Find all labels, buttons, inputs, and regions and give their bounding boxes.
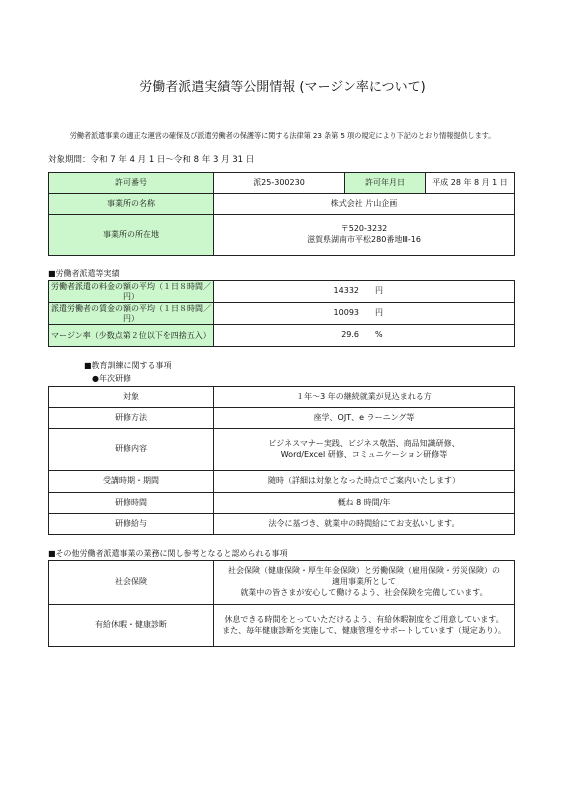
training-table: 対象 １年～3 年の継続就業が見込まれる方 研修方法 座学、OJT、e ラーニン…: [48, 386, 515, 535]
training-content-line2: Word/Excel 研修、コミュニケーション研修等: [217, 450, 511, 461]
training-target-label: 対象: [49, 387, 214, 408]
target-period: 対象期間：令和 7 年 4 月 1 日～令和 8 年 3 月 31 日: [48, 153, 254, 165]
training-pay: 法令に基づき、就業中の時間給にてお支払いします。: [214, 514, 515, 535]
office-address-label: 事業所の所在地: [49, 215, 214, 256]
avg-fee-unit: 円: [375, 286, 425, 297]
office-name: 株式会社 片山企画: [214, 194, 515, 215]
avg-fee-label: 労働者派遣の料金の額の平均（１日８時間／円）: [49, 281, 214, 303]
performance-heading: ■労働者派遣等実績: [48, 268, 120, 279]
social-insurance-line3: 就業中の皆さまが安心して働けるよう、社会保険を完備しています。: [217, 588, 511, 599]
office-name-label: 事業所の名称: [49, 194, 214, 215]
leave-health-line2: また、毎年健康診断を実施して、健康管理をサポートしています（規定あり）。: [217, 626, 511, 637]
training-hours: 概ね 8 時間/年: [214, 493, 515, 514]
training-pay-label: 研修給与: [49, 514, 214, 535]
license-date-label: 許可年月日: [345, 173, 426, 194]
margin-rate-label: マージン率（少数点第２位以下を四捨五入）: [49, 325, 214, 347]
avg-fee-value: 14332: [303, 286, 359, 297]
training-period-label: 受講時期・期間: [49, 471, 214, 493]
other-heading: ■その他労働者派遣事業の業務に関し参考となると認められる事項: [48, 548, 288, 559]
training-method: 座学、OJT、e ラーニング等: [214, 408, 515, 429]
social-insurance-line1: 社会保険（健康保険・厚生年金保険）と労働保険（雇用保険・労災保険）の: [217, 566, 511, 577]
training-method-label: 研修方法: [49, 408, 214, 429]
company-info-table: 許可番号 派25-300230 許可年月日 平成 28 年 8 月 1 日 事業…: [48, 172, 515, 256]
leave-health-label: 有給休暇・健康診断: [49, 605, 214, 647]
social-insurance-cell: 社会保険（健康保険・厚生年金保険）と労働保険（雇用保険・労災保険）の 適用事業所…: [214, 561, 515, 605]
license-number: 派25-300230: [214, 173, 345, 194]
leave-health-cell: 休息できる時間をとっていただけるよう、有給休暇制度をご用意しています。 また、毎…: [214, 605, 515, 647]
avg-wage-unit: 円: [375, 308, 425, 319]
performance-table: 労働者派遣の料金の額の平均（１日８時間／円） 14332円 派遣労働者の賃金の額…: [48, 280, 515, 347]
training-period: 随時（詳細は対象となった時点でご案内いたします）: [214, 471, 515, 493]
training-heading: ■教育訓練に関する事項: [84, 360, 172, 371]
postal-code: 〒520-3232: [217, 224, 511, 235]
license-number-label: 許可番号: [49, 173, 214, 194]
avg-wage-value: 10093: [303, 308, 359, 319]
other-info-table: 社会保険 社会保険（健康保険・厚生年金保険）と労働保険（雇用保険・労災保険）の …: [48, 560, 515, 647]
training-content-cell: ビジネスマナー実践、ビジネス敬語、商品知識研修、 Word/Excel 研修、コ…: [214, 429, 515, 471]
leave-health-line1: 休息できる時間をとっていただけるよう、有給休暇制度をご用意しています。: [217, 615, 511, 626]
annual-training-subheading: ●年次研修: [92, 373, 131, 384]
license-date: 平成 28 年 8 月 1 日: [426, 173, 515, 194]
social-insurance-line2: 適用事業所として: [217, 577, 511, 588]
page-title: 労働者派遣実績等公開情報 (マージン率について): [0, 76, 565, 95]
avg-wage-label: 派遣労働者の賃金の額の平均（１日８時間／円）: [49, 303, 214, 325]
training-content-line1: ビジネスマナー実践、ビジネス敬語、商品知識研修、: [217, 439, 511, 450]
avg-fee-cell: 14332円: [214, 281, 515, 303]
training-content-label: 研修内容: [49, 429, 214, 471]
margin-rate-value: 29.6: [303, 330, 359, 341]
avg-wage-cell: 10093円: [214, 303, 515, 325]
office-address: 滋賀県湖南市平松280番地Ⅲ-16: [217, 235, 511, 246]
margin-rate-cell: 29.6%: [214, 325, 515, 347]
training-hours-label: 研修時間: [49, 493, 214, 514]
lead-text: 労働者派遣事業の適正な運営の確保及び派遣労働者の保護等に関する法律第 23 条第…: [0, 131, 565, 141]
social-insurance-label: 社会保険: [49, 561, 214, 605]
office-address-cell: 〒520-3232 滋賀県湖南市平松280番地Ⅲ-16: [214, 215, 515, 256]
margin-rate-unit: %: [375, 330, 425, 341]
training-target: １年～3 年の継続就業が見込まれる方: [214, 387, 515, 408]
